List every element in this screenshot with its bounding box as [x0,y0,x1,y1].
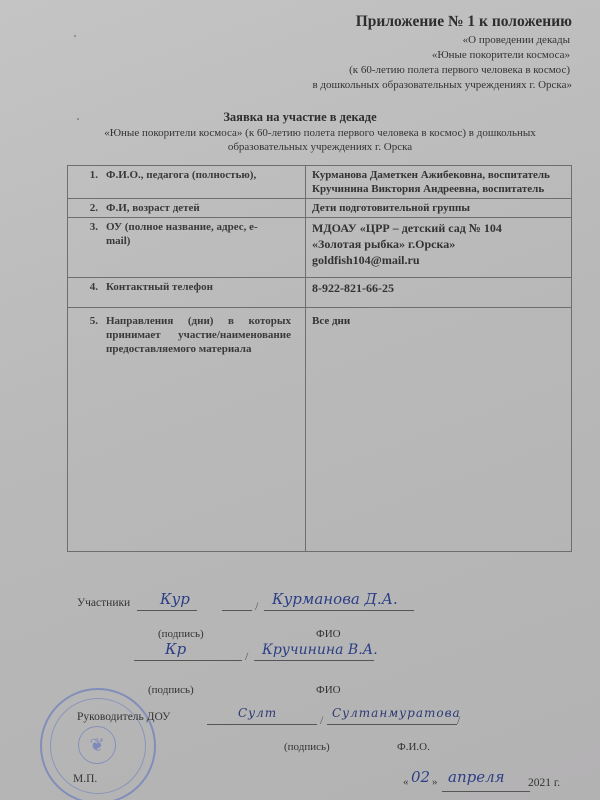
participants-label: Участники [77,597,130,609]
fio-caption: ФИО [316,684,341,696]
table-row: 5.Направления (дни) в которых принимает … [68,308,572,552]
row-value: Курманова Даметкен Ажибековна, воспитате… [306,166,572,199]
row-label: 5.Направления (дни) в которых принимает … [68,308,306,552]
row-number: 5. [74,314,98,328]
request-title: Заявка на участие в декаде [0,110,600,125]
date-line [442,791,530,792]
signature-line [134,660,242,661]
signature-line [207,724,317,725]
head-label: Руководитель ДОУ [77,711,170,723]
row-label: 4.Контактный телефон [68,278,306,308]
official-stamp: ❦ [40,688,156,800]
row-label-text: Контактный телефон [106,281,213,293]
row-number: 3. [74,220,98,234]
separator: / [255,599,258,614]
table-row: 4.Контактный телефон 8-922-821-66-25 [68,278,572,308]
paper-speck [74,35,76,37]
date-day: 02 [411,768,430,786]
fio-line [327,724,457,725]
appendix-line: «О проведении декады [463,34,570,46]
row-value: Дети подготовительной группы [306,199,572,218]
separator: / [457,713,460,728]
appendix-line: (к 60-летию полета первого человека в ко… [349,64,570,76]
head-name: Султанмуратова [332,706,461,720]
table-row: 2.Ф.И, возраст детей Дети подготовительн… [68,199,572,218]
row-value: 8-922-821-66-25 [306,278,572,308]
date-year: 2021 г. [528,777,560,789]
row-value: МДОАУ «ЦРР – детский сад № 104 «Золотая … [306,218,572,278]
separator: / [320,713,323,728]
institution-email: goldfish104@mail.ru [312,252,565,268]
signature-caption: (подпись) [284,741,330,753]
contact-phone: 8-922-821-66-25 [312,280,565,296]
head-signature: Султ [238,706,277,720]
participant2-name: Кручинина В.А. [262,642,378,658]
request-subtitle: «Юные покорители космоса» (к 60-летию по… [80,126,560,154]
teacher-2: Кручинина Виктория Андреевна, воспитател… [312,182,565,196]
fio-caption: Ф.И.О. [397,741,430,753]
appendix-line: в дошкольных образовательных учреждениях… [312,79,572,91]
participation-days: Все дни [312,314,565,328]
signature-line [222,610,252,611]
table-row: 3.ОУ (полное название, адрес, e-mail) МД… [68,218,572,278]
teacher-1: Курманова Даметкен Ажибековна, воспитате… [312,168,565,182]
row-label-text: Ф.И, возраст детей [106,202,200,214]
children-group: Дети подготовительной группы [312,201,565,215]
row-number: 1. [74,168,98,182]
date-quote-open: « [403,776,409,788]
stamp-emblem-icon: ❦ [78,726,116,764]
participant2-signature: Кр [165,640,186,658]
appendix-line: «Юные покорители космоса» [432,49,570,61]
row-label-text: Направления (дни) в которых принимает уч… [106,314,291,356]
row-value: Все дни [306,308,572,552]
fio-caption: ФИО [316,628,341,640]
signature-line [137,610,197,611]
signature-caption: (подпись) [148,684,194,696]
row-label: 3.ОУ (полное название, адрес, e-mail) [68,218,306,278]
application-form-table: 1.Ф.И.О., педагога (полностью), Курманов… [67,165,572,552]
institution-name: МДОАУ «ЦРР – детский сад № 104 [312,220,565,236]
row-label-text: ОУ (полное название, адрес, e-mail) [106,220,281,248]
fio-line [264,610,414,611]
signature-caption: (подпись) [158,628,204,640]
row-label: 1.Ф.И.О., педагога (полностью), [68,166,306,199]
row-number: 4. [74,280,98,294]
row-label-text: Ф.И.О., педагога (полностью), [106,169,256,181]
fio-line [254,660,374,661]
appendix-title: Приложение № 1 к положению [356,13,572,31]
row-label: 2.Ф.И, возраст детей [68,199,306,218]
date-month: апреля [448,768,505,786]
stamp-place-label: М.П. [73,773,97,785]
participant1-signature: Кур [160,590,190,608]
date-quote-close: » [432,776,438,788]
row-number: 2. [74,201,98,215]
table-row: 1.Ф.И.О., педагога (полностью), Курманов… [68,166,572,199]
separator: / [245,649,248,664]
participant1-name: Курманова Д.А. [272,590,398,608]
institution-name-2: «Золотая рыбка» г.Орска» [312,236,565,252]
